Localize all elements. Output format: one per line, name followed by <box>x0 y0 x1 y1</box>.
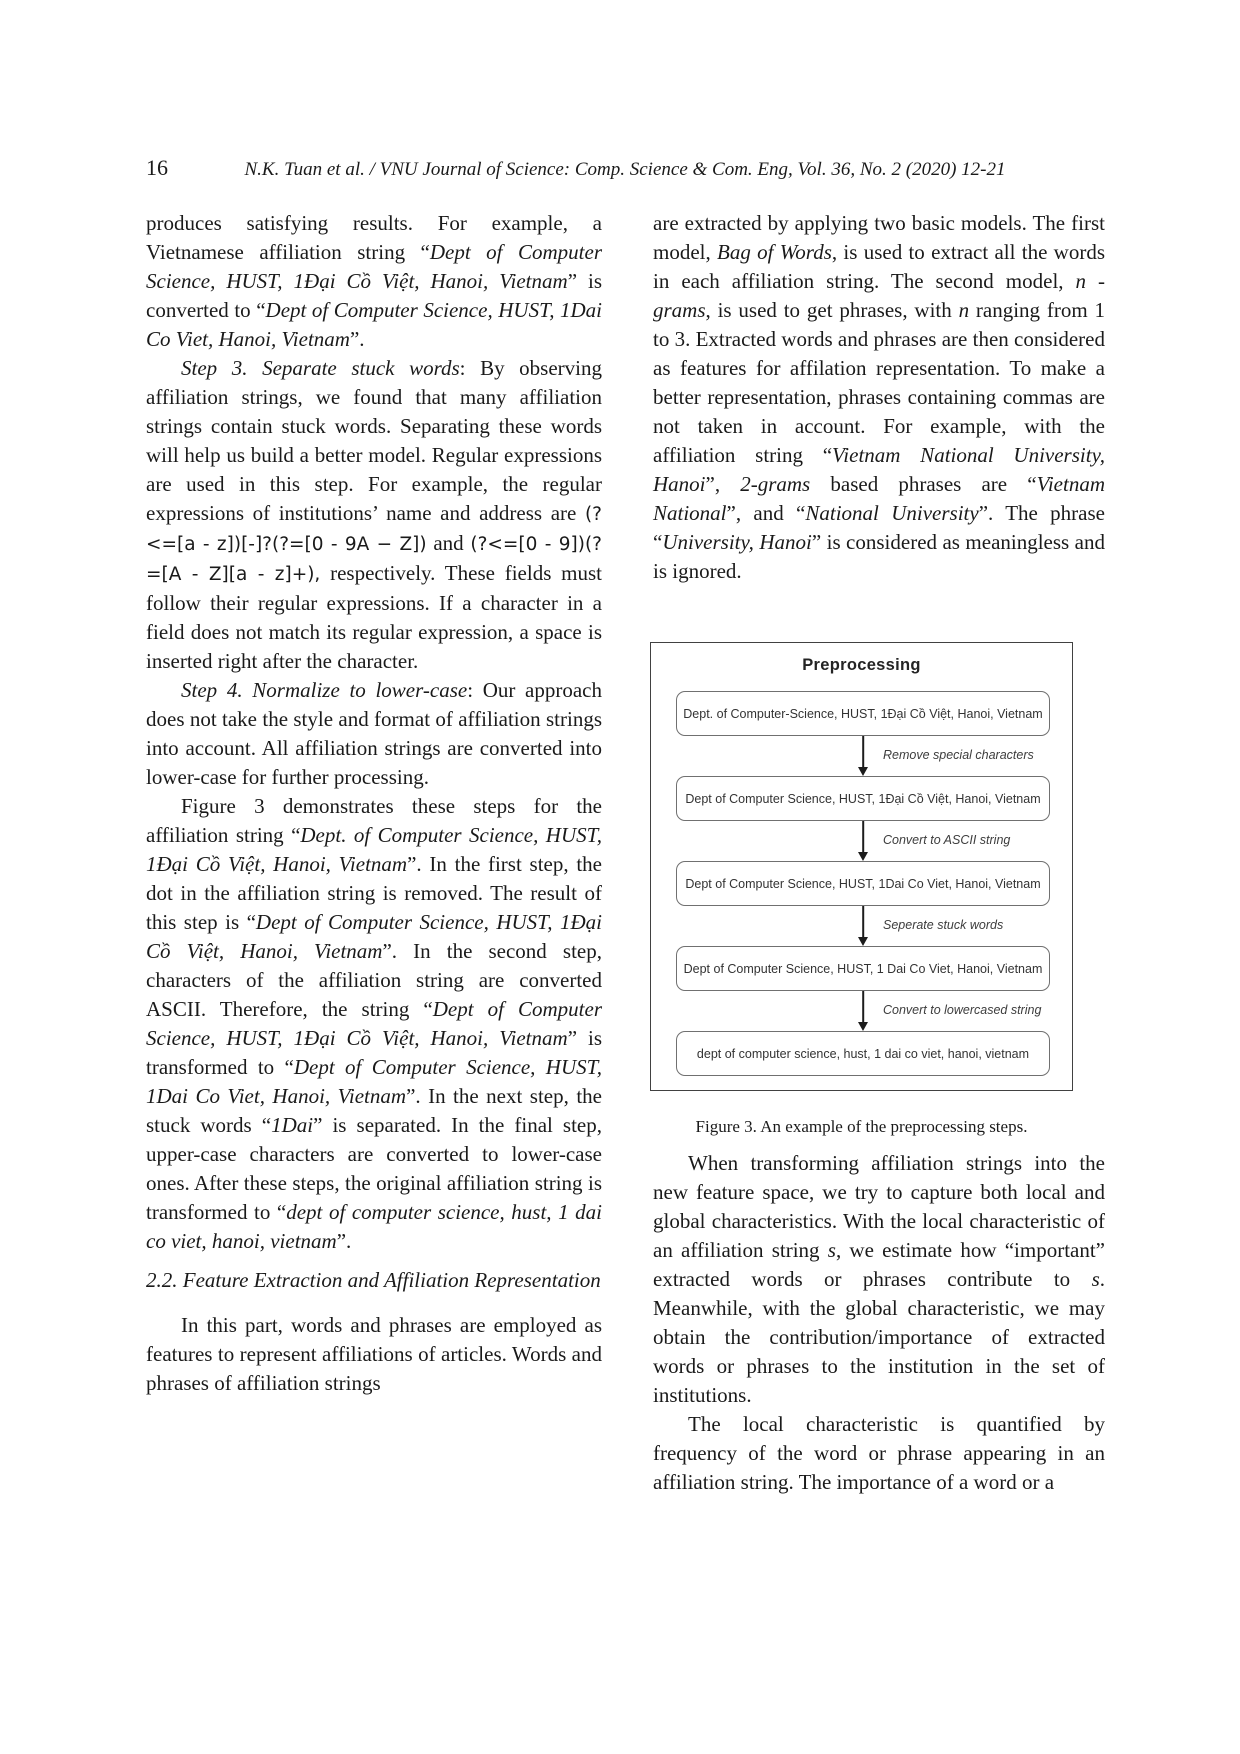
arrow-line <box>862 736 864 769</box>
flow-connector: Seperate stuck words <box>676 906 1050 946</box>
flow-box-step-2: Dept of Computer Science, HUST, 1Đại Cồ … <box>676 776 1050 821</box>
flow-connector: Remove special characters <box>676 736 1050 776</box>
text-run: based phrases are “ <box>810 472 1036 496</box>
flow-connector: Convert to ASCII string <box>676 821 1050 861</box>
flow-box-step-5: dept of computer science, hust, 1 dai co… <box>676 1031 1050 1076</box>
paragraph: Figure 3 demonstrates these steps for th… <box>146 792 602 1256</box>
paragraph: In this part, words and phrases are empl… <box>146 1311 602 1398</box>
right-column-bottom: When transforming affiliation strings in… <box>653 1149 1105 1497</box>
text-run: 2.2. Feature Extraction and Affiliation … <box>146 1268 601 1292</box>
text-run: and <box>427 531 471 555</box>
arrow-label: Seperate stuck words <box>883 918 1003 932</box>
italic-text: Step 4. Normalize to lower-case <box>181 678 467 702</box>
figure-caption: Figure 3. An example of the preprocessin… <box>650 1116 1073 1138</box>
arrow-label: Remove special characters <box>883 748 1034 762</box>
italic-text: 1Dai <box>271 1113 313 1137</box>
left-column: produces satisfying results. For example… <box>146 209 602 1398</box>
arrow-head-icon <box>858 937 868 946</box>
italic-text: National University <box>805 501 978 525</box>
arrow-label: Convert to ASCII string <box>883 833 1010 847</box>
arrow-line <box>862 821 864 854</box>
arrow-label: Convert to lowercased string <box>883 1003 1041 1017</box>
paragraph: Step 4. Normalize to lower-case: Our app… <box>146 676 602 792</box>
text-run: : By observing affiliation strings, we f… <box>146 356 602 525</box>
flow-box-step-3: Dept of Computer Science, HUST, 1Dai Co … <box>676 861 1050 906</box>
paper-page: 16 N.K. Tuan et al. / VNU Journal of Sci… <box>0 0 1240 1754</box>
paragraph: produces satisfying results. For example… <box>146 209 602 354</box>
text-run: , is used to get phrases, with <box>706 298 959 322</box>
paragraph: are extracted by applying two basic mode… <box>653 209 1105 586</box>
text-run: ”, and “ <box>727 501 806 525</box>
running-title: N.K. Tuan et al. / VNU Journal of Scienc… <box>146 159 1104 181</box>
arrow-line <box>862 906 864 939</box>
right-column-top: are extracted by applying two basic mode… <box>653 209 1105 586</box>
text-run: ”. <box>350 327 365 351</box>
italic-text: s <box>1092 1267 1100 1291</box>
figure-title: Preprocessing <box>651 656 1072 675</box>
flow-box-step-4: Dept of Computer Science, HUST, 1 Dai Co… <box>676 946 1050 991</box>
paragraph: The local characteristic is quantified b… <box>653 1410 1105 1497</box>
arrow-head-icon <box>858 767 868 776</box>
flow-connector: Convert to lowercased string <box>676 991 1050 1031</box>
italic-text: Step 3. Separate stuck words <box>181 356 460 380</box>
text-run: ”, <box>706 472 741 496</box>
text-run: ranging from 1 to 3. Extracted words and… <box>653 298 1105 467</box>
arrow-head-icon <box>858 852 868 861</box>
paragraph: Step 3. Separate stuck words: By observi… <box>146 354 602 676</box>
paragraph: When transforming affiliation strings in… <box>653 1149 1105 1410</box>
text-run: ”. <box>337 1229 352 1253</box>
figure-flowchart: Dept. of Computer-Science, HUST, 1Đại Cồ… <box>676 691 1050 1076</box>
italic-text: Bag of Words <box>717 240 832 264</box>
italic-text: University, Hanoi <box>662 530 812 554</box>
italic-text: s <box>828 1238 836 1262</box>
italic-text: n <box>959 298 970 322</box>
text-run: The local characteristic is quantified b… <box>653 1412 1105 1494</box>
text-run: In this part, words and phrases are empl… <box>146 1313 602 1395</box>
arrow-line <box>862 991 864 1024</box>
figure-preprocessing: Preprocessing Dept. of Computer-Science,… <box>650 642 1073 1091</box>
section-heading: 2.2. Feature Extraction and Affiliation … <box>146 1266 602 1295</box>
arrow-head-icon <box>858 1022 868 1031</box>
italic-text: 2-grams <box>740 472 810 496</box>
flow-box-step-1: Dept. of Computer-Science, HUST, 1Đại Cồ… <box>676 691 1050 736</box>
